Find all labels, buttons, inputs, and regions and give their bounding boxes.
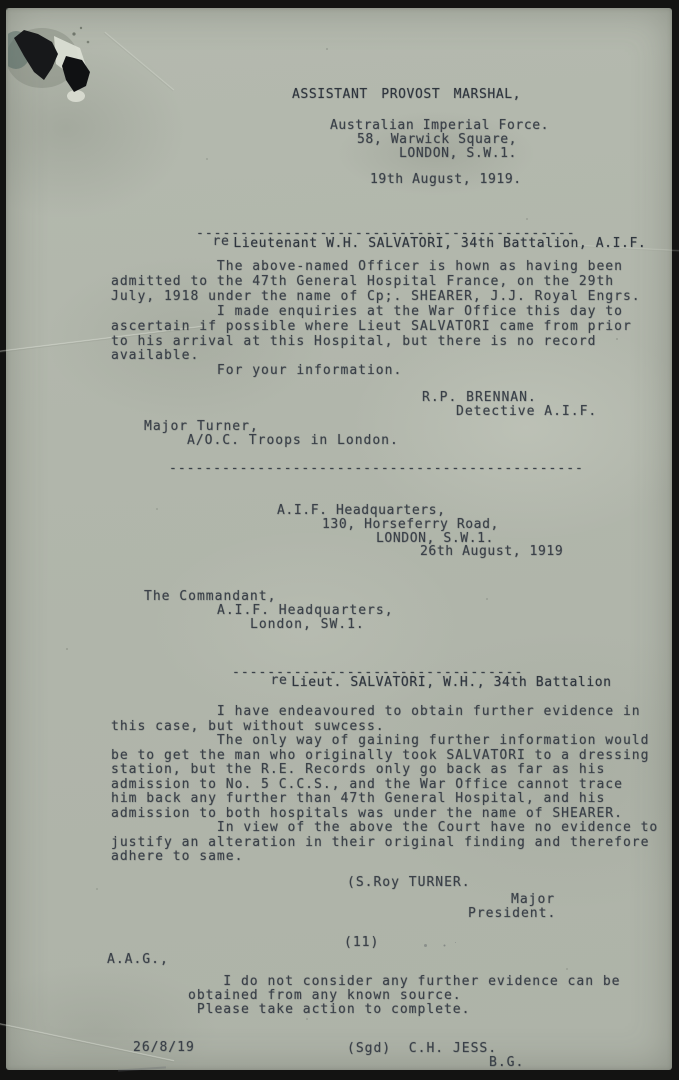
minute-date: 26/8/19 xyxy=(133,1041,195,1054)
paper-speckles xyxy=(6,8,8,10)
pencil-marks xyxy=(424,944,427,947)
letter1-addressee-line: A/O.C. Troops in London. xyxy=(187,434,399,447)
letter2-date: 26th August, 1919 xyxy=(420,545,563,558)
letter1-signature-name: R.P. BRENNAN. xyxy=(422,391,537,404)
letter2-signature-title: President. xyxy=(468,907,556,920)
letter1-address-line: Australian Imperial Force. xyxy=(330,119,549,132)
letter1-address-line: LONDON, S.W.1. xyxy=(399,147,517,160)
letter2-addressee-line: A.I.F. Headquarters, xyxy=(217,604,394,617)
letter2-body: I have endeavoured to obtain further evi… xyxy=(111,705,658,865)
scanned-document: { "scan": { "paper_color": "#b2b7ab", "i… xyxy=(0,0,679,1080)
letter2-subject-underline: --------------------------------- xyxy=(232,666,523,679)
letter2-address-line: 130, Horseferry Road, xyxy=(322,518,499,531)
minute-signed: (Sgd) C.H. JESS. xyxy=(347,1042,497,1055)
letter1-date: 19th August, 1919. xyxy=(370,173,522,186)
minute-body: I do not consider any further evidence c… xyxy=(188,975,621,1017)
letter1-subject-underline: ----------------------------------------… xyxy=(196,227,576,240)
letter2-address-line: A.I.F. Headquarters, xyxy=(277,504,446,517)
letter2-addressee-line: The Commandant, xyxy=(144,590,276,603)
pencil-mark xyxy=(118,1066,166,1071)
letter1-org-title: ASSISTANT PROVOST MARSHAL, xyxy=(292,88,521,101)
minute-addressee: A.A.G., xyxy=(107,953,169,966)
page-number: (11) xyxy=(344,936,379,949)
letter2-subject: reLieut. SALVATORI, W.H., 34th Battalion xyxy=(232,652,612,709)
torn-hole xyxy=(8,22,118,118)
document-page: ASSISTANT PROVOST MARSHAL, Australian Im… xyxy=(6,8,672,1070)
letter1-signature-title: Detective A.I.F. xyxy=(456,405,597,418)
letter2-signature-rank: Major xyxy=(511,893,555,906)
letter2-addressee-line: London, SW.1. xyxy=(250,618,365,631)
letter1-body: The above-named Officer is hown as havin… xyxy=(111,260,641,379)
letter1-address-line: 58, Warwick Square, xyxy=(357,133,517,146)
section-divider: ----------------------------------------… xyxy=(169,462,584,475)
minute-initials: B.G. xyxy=(489,1056,524,1069)
letter2-signature-name: (S.Roy TURNER. xyxy=(347,876,471,889)
letter1-addressee-line: Major Turner, xyxy=(144,420,259,433)
